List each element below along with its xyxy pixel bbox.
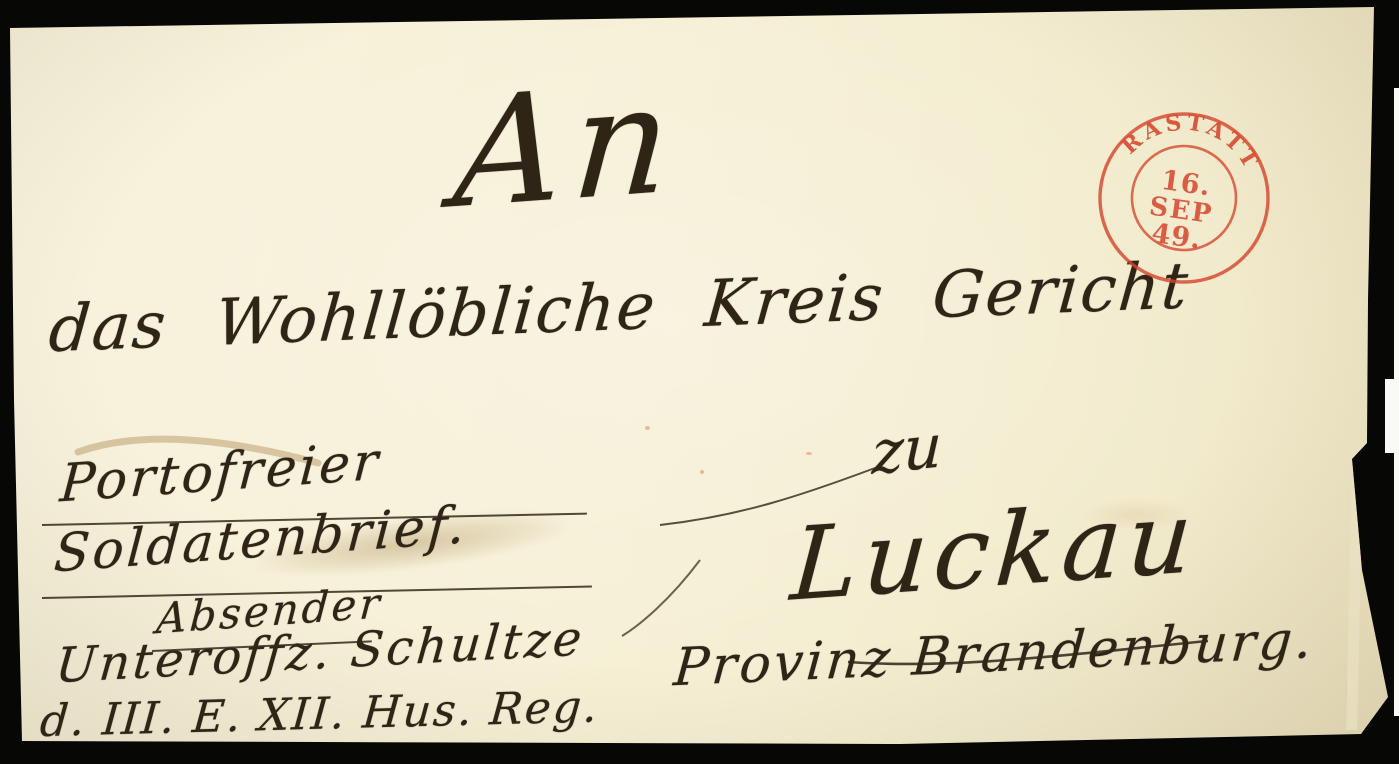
- scan-edge-notch: [1385, 379, 1399, 453]
- address-province: Provinz Brandenburg.: [672, 614, 1317, 694]
- postmark-rastatt: RASTATT. 16. SEP 49.: [1074, 88, 1294, 308]
- postmark-town-text: RASTATT.: [1082, 88, 1271, 175]
- sender-unit: d. III. E. XII. Hus. Reg.: [39, 685, 601, 744]
- address-city: Luckau: [788, 487, 1201, 616]
- envelope-paper: An das Wohllöbliche Kreis Gericht zu Luc…: [0, 0, 1399, 764]
- salutation-an: An: [450, 64, 685, 231]
- address-line-court: das Wohllöbliche Kreis Gericht: [47, 254, 1192, 362]
- franchise-note-line1: Portofreier: [58, 436, 382, 511]
- address-preposition: zu: [871, 416, 943, 484]
- postmark-year: 49.: [1150, 218, 1204, 256]
- sender-name: Unteroffz. Schultze: [54, 614, 587, 690]
- paper-fold-edge: [1346, 462, 1363, 730]
- postmark-town-arc: RASTATT.: [1082, 88, 1271, 175]
- red-speckle: [806, 452, 812, 455]
- descender-flourish: [622, 560, 700, 636]
- scanned-cover-photo: An das Wohllöbliche Kreis Gericht zu Luc…: [0, 0, 1399, 764]
- red-speckle: [645, 426, 650, 430]
- red-speckle: [700, 470, 704, 474]
